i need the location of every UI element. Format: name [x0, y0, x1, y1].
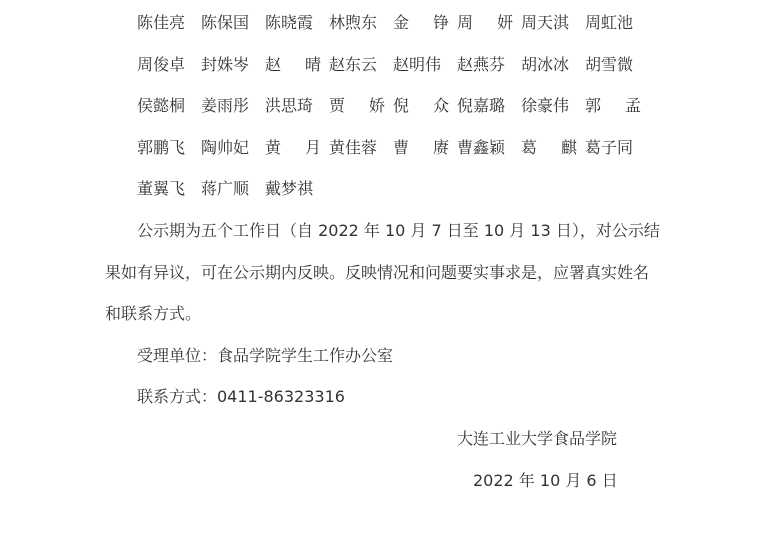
list-item: 郭孟 — [585, 96, 641, 116]
list-item: 周虹池 — [585, 13, 641, 33]
list-item: 董翼飞 — [137, 179, 193, 199]
list-item: 胡冰冰 — [521, 55, 577, 75]
notice-line-1: 公示期为五个工作日（自 2022 年 10 月 7 日至 10 月 13 日），… — [137, 221, 660, 241]
receiving-office: 受理单位：食品学院学生工作办公室 — [137, 346, 393, 366]
list-item: 陈保国 — [201, 13, 257, 33]
list-item: 陈佳亮 — [137, 13, 193, 33]
list-item: 黄月 — [265, 138, 321, 158]
list-item: 陶帅妃 — [201, 138, 257, 158]
list-item: 周俊卓 — [137, 55, 193, 75]
list-item: 胡雪微 — [585, 55, 641, 75]
signature-date: 2022 年 10 月 6 日 — [473, 471, 618, 491]
list-item: 倪嘉璐 — [457, 96, 513, 116]
signature-org: 大连工业大学食品学院 — [457, 429, 617, 449]
list-item: 姜雨彤 — [201, 96, 257, 116]
list-item: 周天淇 — [521, 13, 577, 33]
list-item: 陈晓霞 — [265, 13, 321, 33]
list-item: 曹鑫颖 — [457, 138, 513, 158]
list-item: 葛麒 — [521, 138, 577, 158]
list-item: 倪众 — [393, 96, 449, 116]
list-item: 黄佳蓉 — [329, 138, 385, 158]
list-item: 赵燕芬 — [457, 55, 513, 75]
list-item: 封姝岑 — [201, 55, 257, 75]
list-item: 蒋广顺 — [201, 179, 257, 199]
list-item: 林煦东 — [329, 13, 385, 33]
list-item: 贾娇 — [329, 96, 385, 116]
list-item: 周妍 — [457, 13, 513, 33]
list-item: 赵东云 — [329, 55, 385, 75]
list-item: 葛子同 — [585, 138, 641, 158]
list-item: 侯懿桐 — [137, 96, 193, 116]
list-item: 赵明伟 — [393, 55, 449, 75]
notice-line-3: 和联系方式。 — [105, 304, 201, 324]
contact-phone: 联系方式：0411-86323316 — [137, 387, 345, 407]
list-item: 徐豪伟 — [521, 96, 577, 116]
list-item: 郭鹏飞 — [137, 138, 193, 158]
list-item: 曹赓 — [393, 138, 449, 158]
list-item: 洪思琦 — [265, 96, 321, 116]
list-item: 金铮 — [393, 13, 449, 33]
list-item: 赵晴 — [265, 55, 321, 75]
list-item: 戴梦祺 — [265, 179, 321, 199]
notice-line-2: 果如有异议，可在公示期内反映。反映情况和问题要实事求是，应署真实姓名 — [105, 263, 649, 283]
